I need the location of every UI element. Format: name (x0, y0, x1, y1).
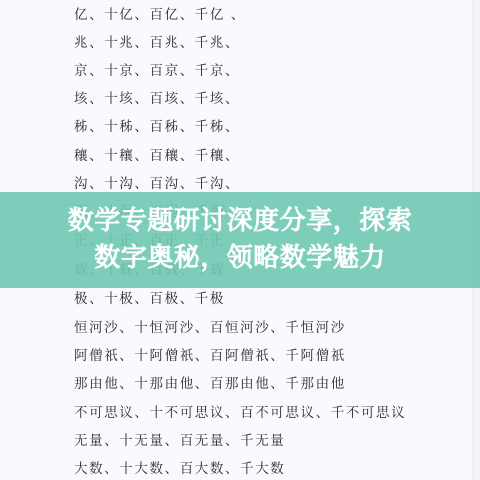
list-item: 不可思议、十不可思议、百不可思议、千不可思议 (74, 404, 406, 422)
list-item: 阿僧祇、十阿僧祇、百阿僧祇、千阿僧祇 (74, 347, 346, 365)
list-item: 穰、十穰、百穰、千穰、 (74, 147, 240, 165)
list-item: 那由他、十那由他、百那由他、千那由他 (74, 375, 346, 393)
list-item: 无量、十无量、百无量、千无量 (74, 432, 285, 450)
list-item: 大数、十大数、百大数、千大数 (74, 460, 285, 478)
banner-title-line-1: 数学专题研讨深度分享，探索 (68, 203, 413, 240)
title-banner: 数学专题研讨深度分享，探索 数字奥秘，领略数学魅力 (0, 192, 480, 288)
banner-title-line-2: 数字奥秘，领略数学魅力 (94, 240, 386, 277)
list-item: 垓、十垓、百垓、千垓、 (74, 90, 240, 108)
list-item: 极、十极、百极、千极 (74, 290, 225, 308)
list-item: 亿、十亿、百亿、千亿 、 (74, 6, 246, 24)
list-item: 秭、十秭、百秭、千秭、 (74, 118, 240, 136)
list-item: 兆、十兆、百兆、千兆、 (74, 34, 240, 52)
list-item: 沟、十沟、百沟、千沟、 (74, 175, 240, 193)
list-item: 恒河沙、十恒河沙、百恒河沙、千恒河沙 (74, 319, 346, 337)
document-page: 亿、十亿、百亿、千亿 、 兆、十兆、百兆、千兆、 京、十京、百京、千京、 垓、十… (0, 0, 480, 480)
list-item: 京、十京、百京、千京、 (74, 62, 240, 80)
